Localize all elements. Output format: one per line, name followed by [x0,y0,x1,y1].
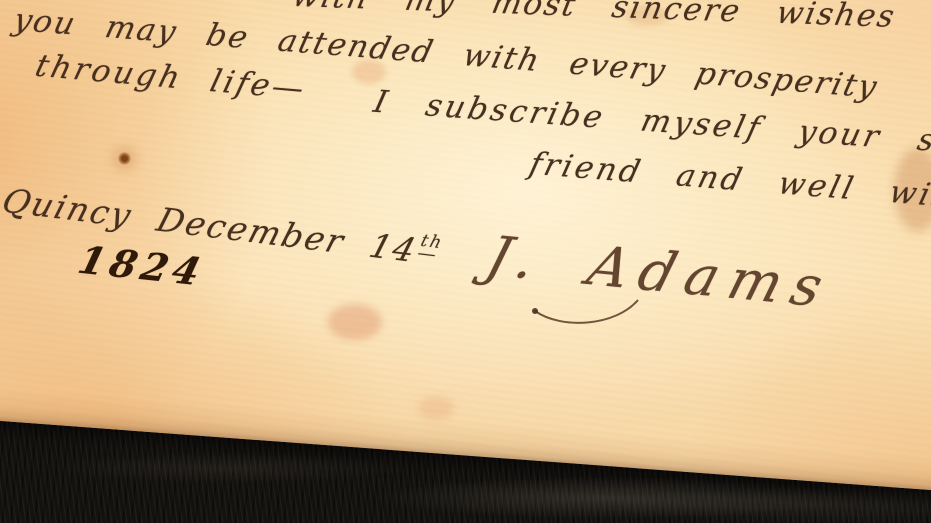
signature-flourish [520,292,650,337]
letter-photo: with my most sincere wishes tha you may … [0,0,931,523]
dateline-dash: — [416,246,442,263]
